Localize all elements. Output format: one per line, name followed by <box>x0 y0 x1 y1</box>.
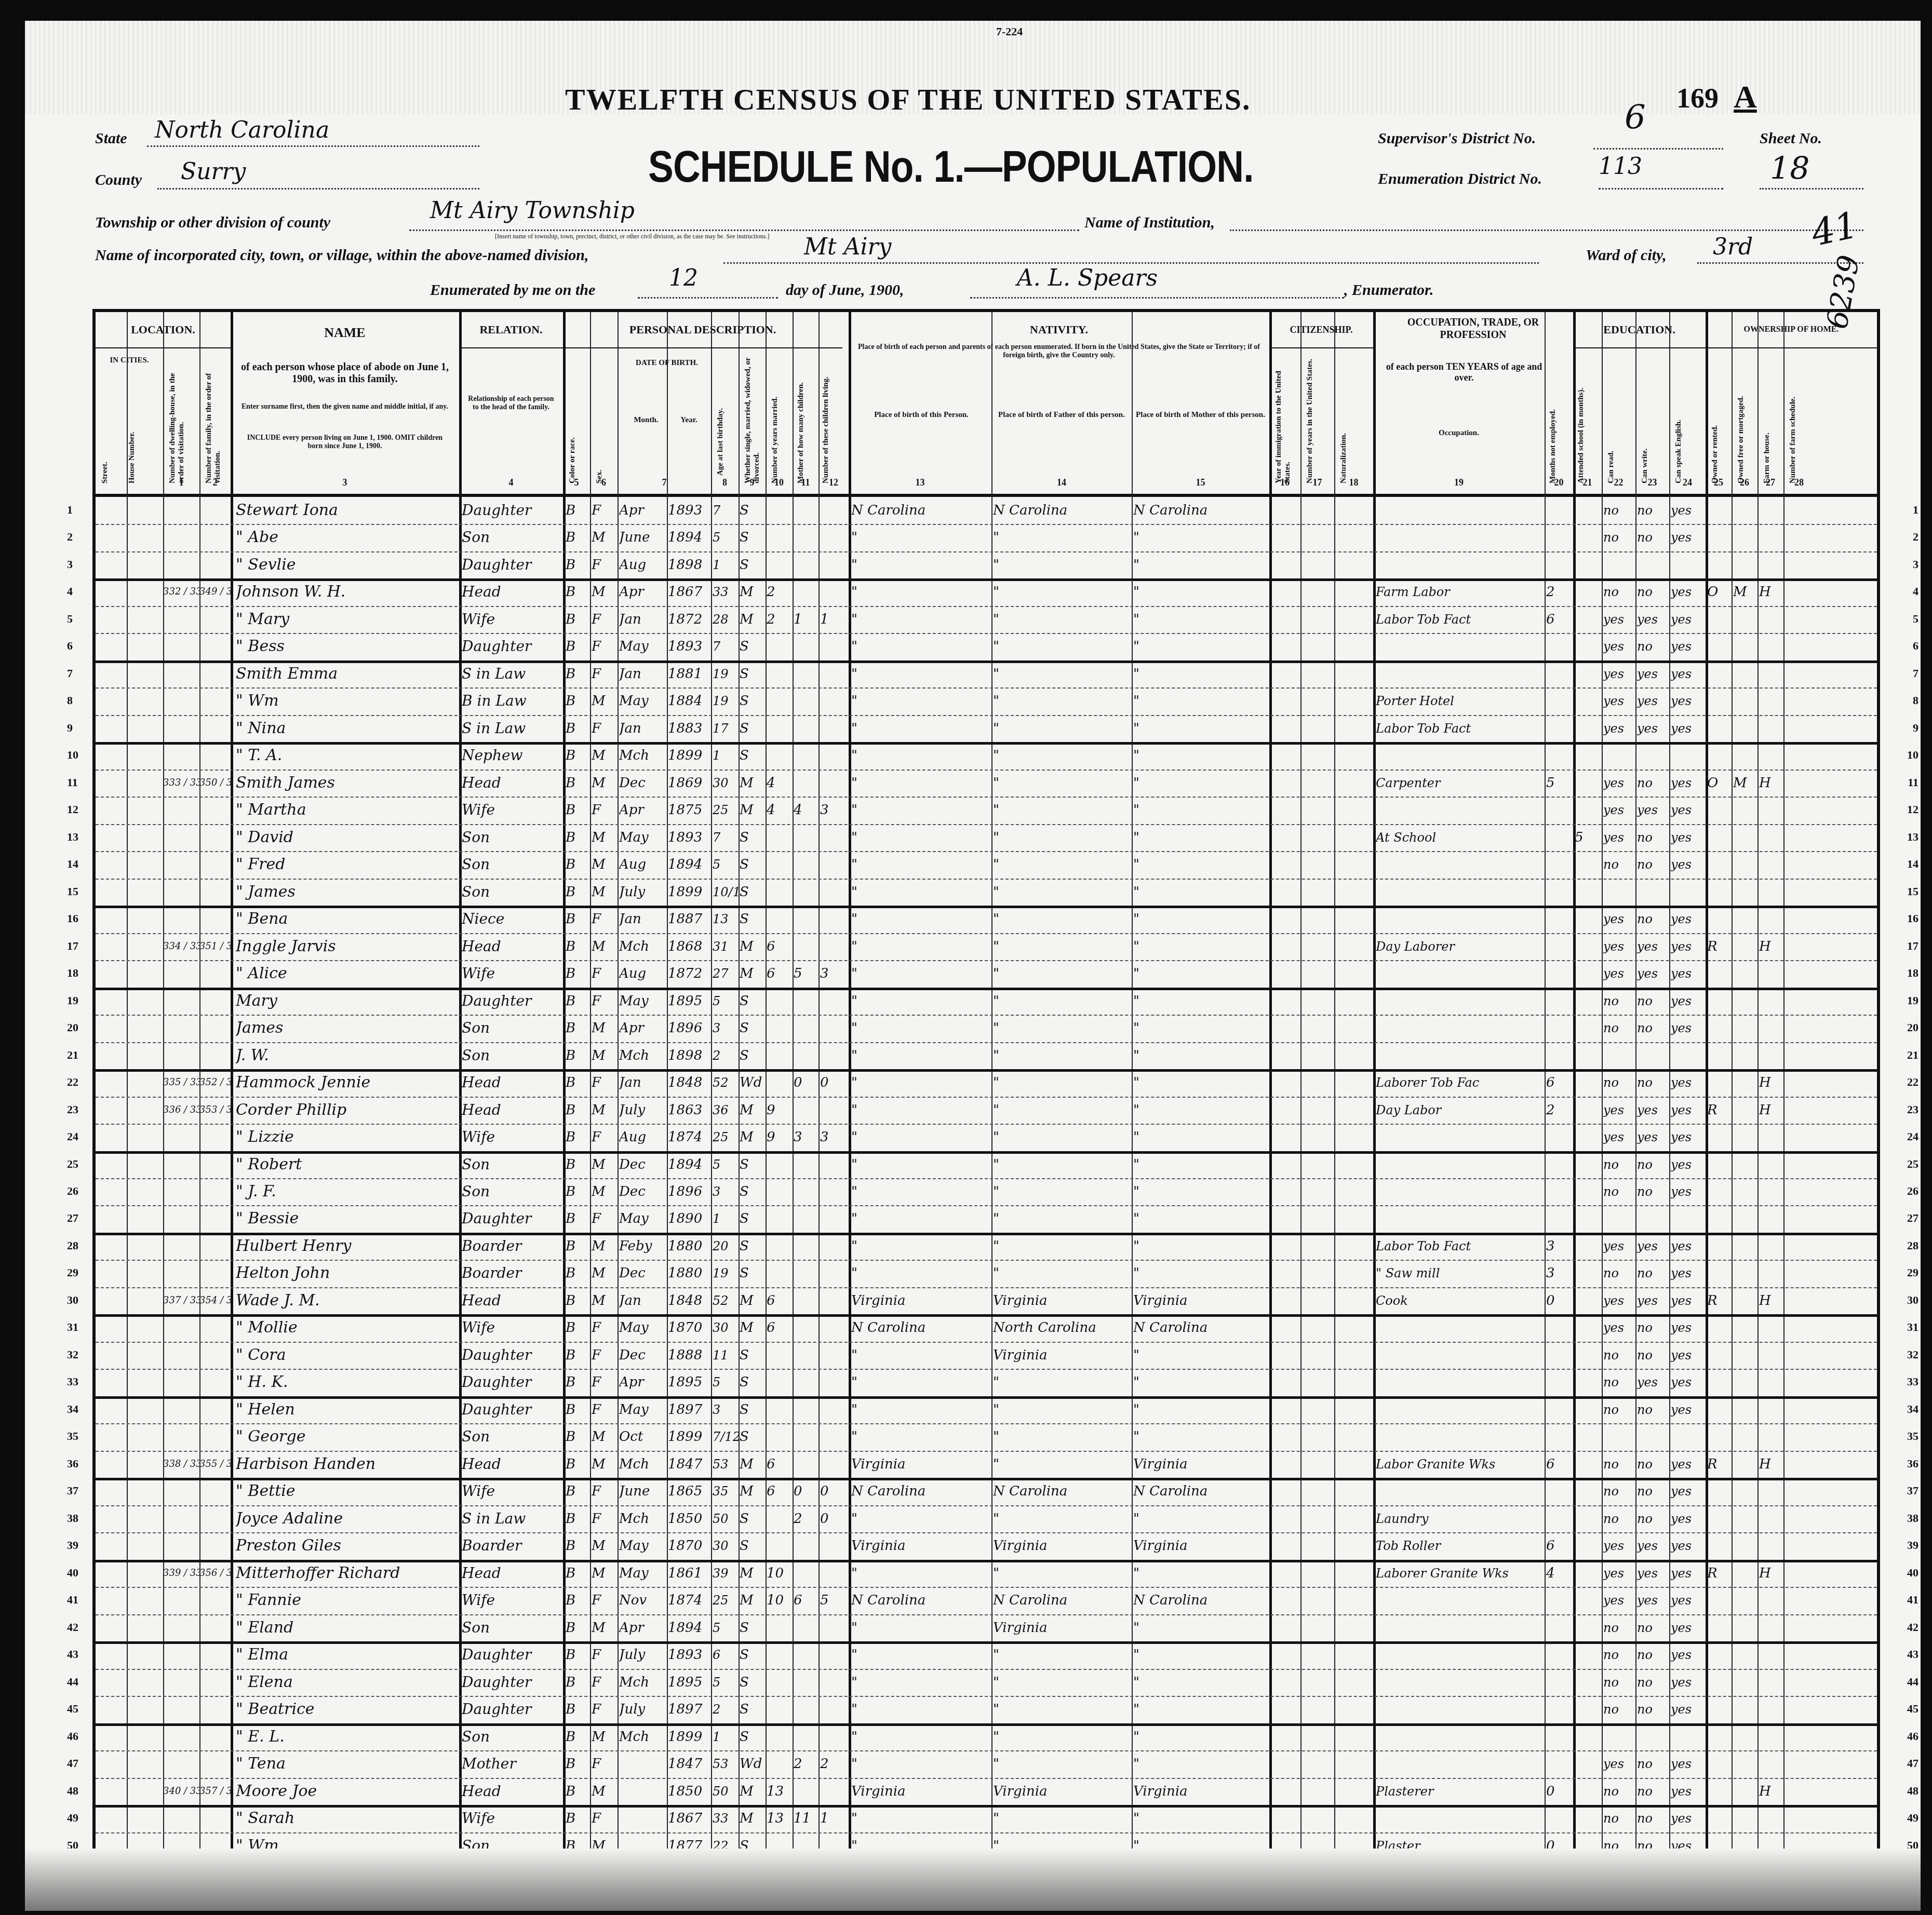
cell-unemployed: 0 <box>1546 1287 1573 1314</box>
cell-sex: F <box>592 1587 618 1614</box>
cell-english: yes <box>1671 1532 1706 1559</box>
cell-write: no <box>1637 1805 1669 1832</box>
cell-birth-father: N Carolina <box>993 1478 1132 1505</box>
cell-sex: M <box>592 1151 618 1178</box>
cell-owned <box>1707 1233 1732 1260</box>
cell-name: " J. F. <box>236 1178 459 1205</box>
cell-sex: F <box>592 1641 618 1668</box>
cell-marital: M <box>740 1451 766 1478</box>
cell-living <box>820 824 849 851</box>
cell-age: 1 <box>713 551 739 578</box>
line-number-left: 24 <box>67 1130 78 1143</box>
cell-name: " George <box>236 1423 459 1450</box>
line-number: 28 <box>1907 1239 1918 1252</box>
census-title: TWELFTH CENSUS OF THE UNITED STATES. <box>565 82 1251 117</box>
cell-marital: M <box>740 1805 766 1832</box>
cell-school <box>1575 1233 1602 1260</box>
cell-owned <box>1707 551 1732 578</box>
line-number: 3 <box>1913 558 1918 571</box>
cell-birth-father: Virginia <box>993 1287 1132 1314</box>
line-number: 40 <box>1907 1566 1918 1580</box>
cell-living <box>820 988 849 1015</box>
cell-birth-father: " <box>993 1260 1132 1287</box>
day-line <box>638 297 778 299</box>
county-label: County <box>95 171 142 189</box>
cell-birth-father: N Carolina <box>993 497 1132 524</box>
cell-birth-mother: " <box>1133 524 1269 551</box>
street-header: Street. <box>101 369 110 483</box>
cell-yrs-married <box>767 660 793 687</box>
cell-name: " Bess <box>236 633 459 660</box>
cell-yrs-married <box>767 879 793 906</box>
column-number-15: 15 <box>1132 477 1269 488</box>
cell-school <box>1575 1151 1602 1178</box>
line-number: 27 <box>1907 1211 1918 1225</box>
table-header: LOCATION. IN CITIES. Street. House Numbe… <box>96 312 1877 497</box>
table-row: 2323336 / 335353 / 349Corder PhillipHead… <box>96 1097 1877 1124</box>
cell-family: 357 / 353 <box>199 1778 231 1805</box>
cell-english: yes <box>1671 1805 1706 1832</box>
cell-marital: S <box>740 1233 766 1260</box>
line-number-left: 6 <box>67 639 73 653</box>
township-note: [Insert name of township, town, precinct… <box>495 233 770 240</box>
cell-relation: Wife <box>462 960 563 987</box>
table-row: 44332 / 331349 / 345Johnson W. H.HeadBMA… <box>96 578 1877 605</box>
cell-month: May <box>619 824 667 851</box>
cell-birth-mother: " <box>1133 1042 1269 1069</box>
cell-free <box>1733 1233 1757 1260</box>
cell-year: 1867 <box>668 578 711 605</box>
cell-birth-father: " <box>993 1723 1132 1750</box>
cell-marital: S <box>740 1042 766 1069</box>
cell-birth-mother: " <box>1133 551 1269 578</box>
cell-english <box>1671 1205 1706 1232</box>
cell-year: 1875 <box>668 797 711 824</box>
cell-farm <box>1759 906 1783 933</box>
cell-marital: S <box>740 851 766 878</box>
cell-english: yes <box>1671 1505 1706 1532</box>
cell-dwelling <box>163 551 199 578</box>
cell-sex: M <box>592 1532 618 1559</box>
cell-marital: S <box>740 1505 766 1532</box>
cell-family <box>199 1042 231 1069</box>
cell-unemployed <box>1546 797 1573 824</box>
cell-free <box>1733 1314 1757 1341</box>
cell-birth-father: " <box>993 1097 1132 1124</box>
cell-dwelling <box>163 1423 199 1450</box>
cell-month: Jan <box>619 1069 667 1096</box>
cell-living: 2 <box>820 1750 849 1777</box>
cell-year: 1893 <box>668 1641 711 1668</box>
cell-birth-father: " <box>993 606 1132 633</box>
cell-month: July <box>619 1641 667 1668</box>
cell-living <box>820 1451 849 1478</box>
cell-name: " Helen <box>236 1396 459 1423</box>
cell-dwelling: 338 / 337 <box>163 1451 199 1478</box>
cell-family <box>199 1423 231 1450</box>
cell-free <box>1733 1287 1757 1314</box>
line-number: 14 <box>1907 857 1918 871</box>
cell-write: yes <box>1637 1587 1669 1614</box>
cell-birth-mother: " <box>1133 988 1269 1015</box>
enumeration-line <box>1599 188 1723 190</box>
cell-dwelling <box>163 1750 199 1777</box>
cell-birth-father: " <box>993 879 1132 906</box>
cell-birth-mother: " <box>1133 933 1269 960</box>
cell-dwelling: 332 / 331 <box>163 578 199 605</box>
cell-occupation <box>1376 1042 1545 1069</box>
cell-color: B <box>566 1151 590 1178</box>
cell-school <box>1575 960 1602 987</box>
cell-dwelling <box>163 1314 199 1341</box>
cell-yrs-married <box>767 851 793 878</box>
cell-dwelling <box>163 1478 199 1505</box>
cell-relation: Son <box>462 1042 563 1069</box>
cell-age: 35 <box>713 1478 739 1505</box>
cell-age: 53 <box>713 1451 739 1478</box>
cell-farm <box>1759 1587 1783 1614</box>
cell-name: " Robert <box>236 1151 459 1178</box>
enumerated-day: 12 <box>669 265 698 291</box>
cell-write: no <box>1637 1478 1669 1505</box>
line-number: 26 <box>1907 1184 1918 1198</box>
cell-mother-of <box>794 1151 819 1178</box>
cell-color: B <box>566 879 590 906</box>
children-living-header: Number of these children living. <box>822 354 830 483</box>
cell-read <box>1603 1723 1635 1750</box>
cell-month: Apr <box>619 797 667 824</box>
cell-mother-of <box>794 824 819 851</box>
cell-english: yes <box>1671 1560 1706 1587</box>
cell-unemployed <box>1546 906 1573 933</box>
cell-birth-father: " <box>993 851 1132 878</box>
cell-farm <box>1759 851 1783 878</box>
line-number: 19 <box>1907 994 1918 1007</box>
cell-english: yes <box>1671 988 1706 1015</box>
cell-yrs-married: 9 <box>767 1124 793 1151</box>
table-row: 4141" FannieWifeBFNov187425M1065N Caroli… <box>96 1587 1877 1614</box>
cell-owned <box>1707 824 1732 851</box>
cell-free <box>1733 879 1757 906</box>
can-write-header: Can write. <box>1641 369 1649 483</box>
table-row: 3232" CoraDaughterBFDec188811S"Virginia"… <box>96 1342 1877 1369</box>
cell-name: " E. L. <box>236 1723 459 1750</box>
cell-sex: F <box>592 1342 618 1369</box>
cell-family <box>199 1233 231 1260</box>
cell-relation: Daughter <box>462 988 563 1015</box>
cell-sex: F <box>592 960 618 987</box>
line-number-left: 25 <box>67 1157 78 1171</box>
cell-year: 1893 <box>668 633 711 660</box>
cell-marital: M <box>740 578 766 605</box>
cell-birth-father: " <box>993 1151 1132 1178</box>
cell-owned <box>1707 906 1732 933</box>
cell-english: yes <box>1671 715 1706 742</box>
column-number-7: 7 <box>618 477 711 488</box>
cell-living <box>820 1015 849 1042</box>
line-number-left: 38 <box>67 1512 78 1525</box>
cell-year: 1898 <box>668 551 711 578</box>
cell-read: yes <box>1603 660 1635 687</box>
cell-relation: Head <box>462 578 563 605</box>
line-number: 37 <box>1907 1484 1918 1498</box>
cell-yrs-married <box>767 824 793 851</box>
cell-sex: M <box>592 1260 618 1287</box>
cell-read: yes <box>1603 1097 1635 1124</box>
line-number-left: 17 <box>67 939 78 953</box>
cell-birth-mother: " <box>1133 1505 1269 1532</box>
cell-family <box>199 1151 231 1178</box>
cell-color: B <box>566 1723 590 1750</box>
cell-free <box>1733 1723 1757 1750</box>
cell-farm <box>1759 633 1783 660</box>
column-number-17: 17 <box>1300 477 1334 488</box>
cell-age: 5 <box>713 851 739 878</box>
cell-read: no <box>1603 1478 1635 1505</box>
cell-owned <box>1707 1614 1732 1641</box>
cell-name: Inggle Jarvis <box>236 933 459 960</box>
cell-yrs-married <box>767 1696 793 1723</box>
cell-name: Smith James <box>236 770 459 797</box>
cell-year: 1894 <box>668 1151 711 1178</box>
cell-month: Mch <box>619 1042 667 1069</box>
cell-color: B <box>566 1778 590 1805</box>
cell-marital: S <box>740 1723 766 1750</box>
table-row: 2121J. W.SonBMMch18982S""" <box>96 1042 1877 1069</box>
cell-occupation <box>1376 1614 1545 1641</box>
cell-birth-father: " <box>993 1369 1132 1396</box>
table-row: 2727" BessieDaughterBFMay18901S""" <box>96 1205 1877 1232</box>
table-row: 4343" ElmaDaughterBFJuly18936S"""nonoyes <box>96 1641 1877 1668</box>
cell-birth-person: " <box>851 879 991 906</box>
cell-birth-person: " <box>851 715 991 742</box>
column-number-21: 21 <box>1573 477 1602 488</box>
cell-birth-person: " <box>851 1750 991 1777</box>
cell-year: 1868 <box>668 933 711 960</box>
page-number: 169 <box>1676 82 1719 114</box>
cell-birth-person: " <box>851 633 991 660</box>
cell-marital: S <box>740 1205 766 1232</box>
cell-birth-person: " <box>851 1233 991 1260</box>
cell-family <box>199 1015 231 1042</box>
cell-unemployed <box>1546 1423 1573 1450</box>
cell-owned <box>1707 1778 1732 1805</box>
cell-month: Apr <box>619 1614 667 1641</box>
cell-color: B <box>566 1314 590 1341</box>
farm-schedule-header: Number of farm schedule. <box>1789 354 1797 483</box>
cell-sex: F <box>592 1505 618 1532</box>
line-number: 2 <box>1913 530 1918 544</box>
cell-living <box>820 1314 849 1341</box>
cell-dwelling <box>163 606 199 633</box>
cell-free <box>1733 1124 1757 1151</box>
cell-free <box>1733 933 1757 960</box>
cell-mother-of <box>794 497 819 524</box>
cell-name: " Sevlie <box>236 551 459 578</box>
cell-color: B <box>566 687 590 714</box>
cell-dwelling <box>163 1805 199 1832</box>
line-number-left: 46 <box>67 1730 78 1743</box>
cell-living <box>820 933 849 960</box>
cell-read <box>1603 551 1635 578</box>
cell-read <box>1603 1423 1635 1450</box>
cell-name: " Mary <box>236 606 459 633</box>
cell-farm <box>1759 879 1783 906</box>
cell-marital: S <box>740 497 766 524</box>
cell-free <box>1733 633 1757 660</box>
cell-english: yes <box>1671 633 1706 660</box>
cell-yrs-married <box>767 1015 793 1042</box>
cell-month: Apr <box>619 578 667 605</box>
cell-birth-person: " <box>851 1124 991 1151</box>
cell-dwelling <box>163 797 199 824</box>
cell-owned <box>1707 1478 1732 1505</box>
cell-free <box>1733 851 1757 878</box>
cell-dwelling <box>163 1532 199 1559</box>
cell-birth-person: " <box>851 1805 991 1832</box>
cell-dwelling <box>163 1233 199 1260</box>
cell-occupation: Labor Tob Fact <box>1376 715 1545 742</box>
cell-read <box>1603 742 1635 769</box>
cell-birth-father: " <box>993 1015 1132 1042</box>
cell-yrs-married <box>767 1532 793 1559</box>
cell-farm <box>1759 1750 1783 1777</box>
cell-birth-person: " <box>851 1260 991 1287</box>
cell-english: yes <box>1671 524 1706 551</box>
cell-age: 50 <box>713 1778 739 1805</box>
cell-birth-person: " <box>851 1178 991 1205</box>
cell-mother-of: 2 <box>794 1750 819 1777</box>
cell-mother-of <box>794 1778 819 1805</box>
cell-family <box>199 879 231 906</box>
cell-occupation <box>1376 879 1545 906</box>
table-row: 1414" FredSonBMAug18945S"""nonoyes <box>96 851 1877 878</box>
cell-marital: S <box>740 1669 766 1696</box>
cell-sex: F <box>592 1396 618 1423</box>
cell-sex: M <box>592 687 618 714</box>
cell-relation: Daughter <box>462 1396 563 1423</box>
cell-yrs-married <box>767 1723 793 1750</box>
cell-read: no <box>1603 578 1635 605</box>
cell-read: no <box>1603 497 1635 524</box>
cell-month: Nov <box>619 1587 667 1614</box>
cell-family <box>199 687 231 714</box>
cell-birth-mother: " <box>1133 1396 1269 1423</box>
line-number: 11 <box>1908 776 1918 789</box>
cell-school <box>1575 797 1602 824</box>
cell-living <box>820 1423 849 1450</box>
cell-name: Mitterhoffer Richard <box>236 1560 459 1587</box>
cell-farm <box>1759 551 1783 578</box>
cell-unemployed: 6 <box>1546 1532 1573 1559</box>
cell-yrs-married <box>767 1342 793 1369</box>
line-number-left: 32 <box>67 1348 78 1361</box>
margin-note-41: 41 <box>1807 204 1861 255</box>
cell-year: 1884 <box>668 687 711 714</box>
township-value: Mt Airy Township <box>430 197 635 224</box>
cell-family <box>199 1342 231 1369</box>
cell-school <box>1575 1205 1602 1232</box>
cell-mother-of <box>794 1314 819 1341</box>
cell-name: " Wm <box>236 687 459 714</box>
cell-yrs-married <box>767 687 793 714</box>
cell-free <box>1733 1669 1757 1696</box>
line-number-left: 35 <box>67 1429 78 1443</box>
cell-sex: F <box>592 1314 618 1341</box>
supervisor-line <box>1593 148 1723 150</box>
cell-farm: H <box>1759 578 1783 605</box>
cell-birth-mother: " <box>1133 1369 1269 1396</box>
cell-age: 33 <box>713 1805 739 1832</box>
cell-family <box>199 524 231 551</box>
cell-color: B <box>566 742 590 769</box>
cell-farm <box>1759 1314 1783 1341</box>
cell-relation: Son <box>462 1423 563 1450</box>
line-number-left: 47 <box>67 1757 78 1770</box>
cell-write: no <box>1637 770 1669 797</box>
cell-unemployed <box>1546 1178 1573 1205</box>
cell-farm <box>1759 1369 1783 1396</box>
column-number-25: 25 <box>1706 477 1732 488</box>
cell-color: B <box>566 797 590 824</box>
cell-year: 1872 <box>668 960 711 987</box>
cell-yrs-married: 4 <box>767 797 793 824</box>
cell-age: 3 <box>713 1396 739 1423</box>
cell-relation: Wife <box>462 1478 563 1505</box>
cell-farm <box>1759 1669 1783 1696</box>
cell-birth-father: " <box>993 1069 1132 1096</box>
cell-english: yes <box>1671 824 1706 851</box>
cell-sex: M <box>592 1287 618 1314</box>
cell-color: B <box>566 1750 590 1777</box>
cell-color: B <box>566 1451 590 1478</box>
line-number: 46 <box>1907 1730 1918 1743</box>
cell-dwelling <box>163 1505 199 1532</box>
cell-birth-mother: " <box>1133 1260 1269 1287</box>
cell-read: no <box>1603 1260 1635 1287</box>
color-header: Color or race. <box>568 385 577 483</box>
cell-write: yes <box>1637 660 1669 687</box>
cell-english: yes <box>1671 1260 1706 1287</box>
line-number-left: 36 <box>67 1457 78 1471</box>
cell-write: yes <box>1637 1369 1669 1396</box>
cell-dwelling <box>163 1151 199 1178</box>
cell-yrs-married <box>767 1396 793 1423</box>
cell-birth-person: " <box>851 988 991 1015</box>
cell-occupation: Tob Roller <box>1376 1532 1545 1559</box>
cell-name: Stewart Iona <box>236 497 459 524</box>
cell-write: no <box>1637 1750 1669 1777</box>
cell-read: yes <box>1603 933 1635 960</box>
cell-school <box>1575 1042 1602 1069</box>
cell-school <box>1575 551 1602 578</box>
cell-farm <box>1759 1505 1783 1532</box>
enumeration-value: 113 <box>1599 153 1642 180</box>
cell-age: 1 <box>713 1723 739 1750</box>
cell-marital: Wd <box>740 1069 766 1096</box>
cell-school <box>1575 1178 1602 1205</box>
cell-occupation <box>1376 660 1545 687</box>
cell-free <box>1733 1478 1757 1505</box>
cell-birth-person: N Carolina <box>851 497 991 524</box>
cell-month: May <box>619 988 667 1015</box>
cell-write <box>1637 742 1669 769</box>
cell-birth-father: " <box>993 1423 1132 1450</box>
cell-birth-person: " <box>851 1205 991 1232</box>
cell-age: 19 <box>713 660 739 687</box>
line-number-left: 27 <box>67 1211 78 1225</box>
cell-sex: F <box>592 1369 618 1396</box>
